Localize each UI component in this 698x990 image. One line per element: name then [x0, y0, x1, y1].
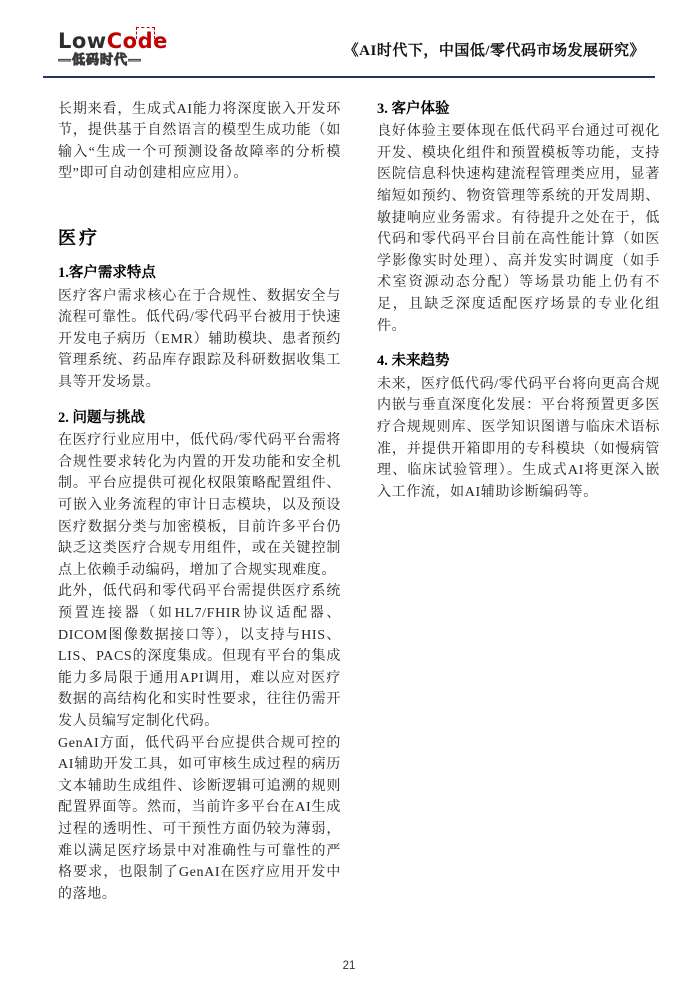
subsection-title-4: 4. 未来趋势 [377, 351, 660, 373]
two-column-content: 长期来看，生成式AI能力将深度嵌入开发环节，提供基于自然语言的模型生成功能（如输… [0, 78, 698, 906]
subsection-title-3: 3. 客户体验 [377, 99, 660, 121]
intro-paragraph: 长期来看，生成式AI能力将深度嵌入开发环节，提供基于自然语言的模型生成功能（如输… [58, 99, 341, 185]
logo-word-low: Low [58, 29, 107, 53]
logo-word-code-pre: Co [107, 29, 138, 53]
logo-word-code-post: e [153, 29, 168, 53]
subsection-2-paragraph-1: 在医疗行业应用中，低代码/零代码平台需将合规性要求转化为内置的开发功能和安全机制… [58, 430, 341, 581]
subsection-4-paragraph: 未来，医疗低代码/零代码平台将向更高合规内嵌与垂直深度化发展：平台将预置更多医疗… [377, 374, 660, 504]
subsection-3-paragraph: 良好体验主要体现在低代码平台通过可视化开发、模块化组件和预置模板等功能，支持医院… [377, 121, 660, 337]
page-footer: 21 [0, 956, 698, 974]
subsection-title-2: 2. 问题与挑战 [58, 408, 341, 430]
logo-word-code-boxed-d: d [138, 30, 154, 52]
logo-tagline: —低码时代— [58, 54, 168, 68]
page-number: 21 [343, 960, 356, 972]
right-column: 3. 客户体验 良好体验主要体现在低代码平台通过可视化开发、模块化组件和预置模板… [377, 99, 660, 906]
lowcode-logo: LowCode —低码时代— [58, 30, 168, 68]
page-header: LowCode —低码时代— 《AI时代下，中国低/零代码市场发展研究》 [43, 0, 655, 78]
report-title: 《AI时代下，中国低/零代码市场发展研究》 [344, 39, 645, 68]
subsection-2-paragraph-3: GenAI方面，低代码平台应提供合规可控的AI辅助开发工具，如可审核生成过程的病… [58, 733, 341, 906]
subsection-1-paragraph: 医疗客户需求核心在于合规性、数据安全与流程可靠性。低代码/零代码平台被用于快速开… [58, 286, 341, 394]
left-column: 长期来看，生成式AI能力将深度嵌入开发环节，提供基于自然语言的模型生成功能（如输… [58, 99, 341, 906]
logo-wordmark: LowCode [58, 30, 168, 52]
subsection-title-1: 1.客户需求特点 [58, 263, 341, 285]
report-page: LowCode —低码时代— 《AI时代下，中国低/零代码市场发展研究》 长期来… [0, 0, 698, 990]
subsection-2-paragraph-2: 此外，低代码和零代码平台需提供医疗系统预置连接器（如HL7/FHIR协议适配器、… [58, 581, 341, 732]
section-heading-medical: 医疗 [58, 224, 341, 250]
